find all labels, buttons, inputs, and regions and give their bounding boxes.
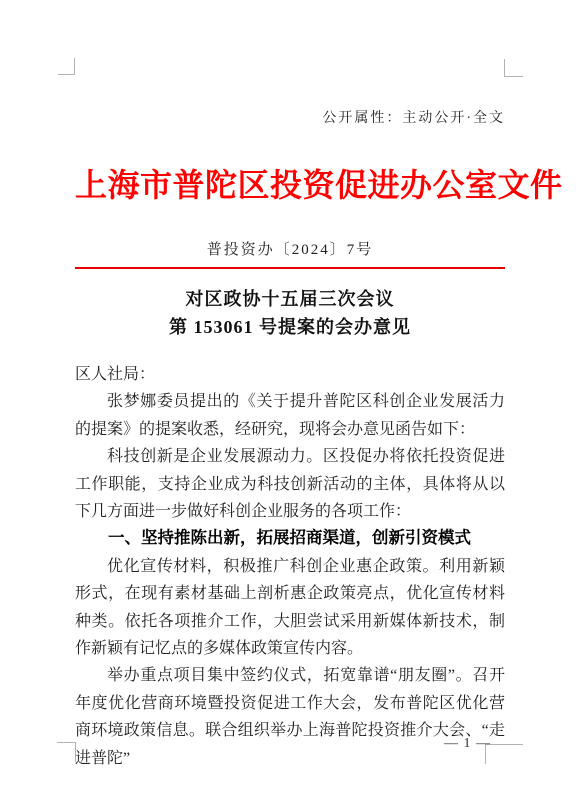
publicity-attribute-label: 公开属性：主动公开·全文: [75, 107, 505, 127]
document-body: 区人社局：张梦娜委员提出的《关于提升普陀区科创企业发展活力的提案》的提案收悉，经…: [75, 361, 505, 772]
document-reference-number: 普投资办〔2024〕7号: [75, 238, 505, 259]
issuing-org-letterhead-title: 上海市普陀区投资促进办公室文件: [75, 160, 505, 206]
crop-mark-bottom-left: [57, 742, 76, 762]
crop-mark-top-left: [58, 58, 75, 75]
document-page: 公开属性：主动公开·全文 上海市普陀区投资促进办公室文件 普投资办〔2024〕7…: [0, 0, 579, 810]
body-paragraph: 张梦娜委员提出的《关于提升普陀区科创企业发展活力的提案》的提案收悉，经研究，现将…: [75, 388, 505, 443]
document-title-line2: 第 153061 号提案的会办意见: [75, 313, 505, 341]
section-heading: 一、坚持推陈出新，拓展招商渠道，创新引资模式: [75, 525, 505, 552]
body-paragraph: 区人社局：: [75, 361, 505, 388]
body-paragraph: 举办重点项目集中签约仪式，拓宽靠谱“朋友圈”。召开年度优化营商环境暨投资促进工作…: [75, 662, 505, 772]
body-paragraph: 科技创新是企业发展源动力。区投促办将依托投资促进工作职能，支持企业成为科技创新活…: [75, 443, 505, 525]
document-title-line1: 对区政协十五届三次会议: [75, 285, 505, 313]
body-paragraph: 优化宣传材料，积极推广科创企业惠企政策。利用新颖形式，在现有素材基础上剖析惠企政…: [75, 553, 505, 663]
crop-mark-top-right: [504, 59, 523, 77]
page-number: — 1 —: [444, 736, 491, 752]
letterhead-red-rule: [75, 267, 505, 269]
document-title: 对区政协十五届三次会议 第 153061 号提案的会办意见: [75, 285, 505, 341]
